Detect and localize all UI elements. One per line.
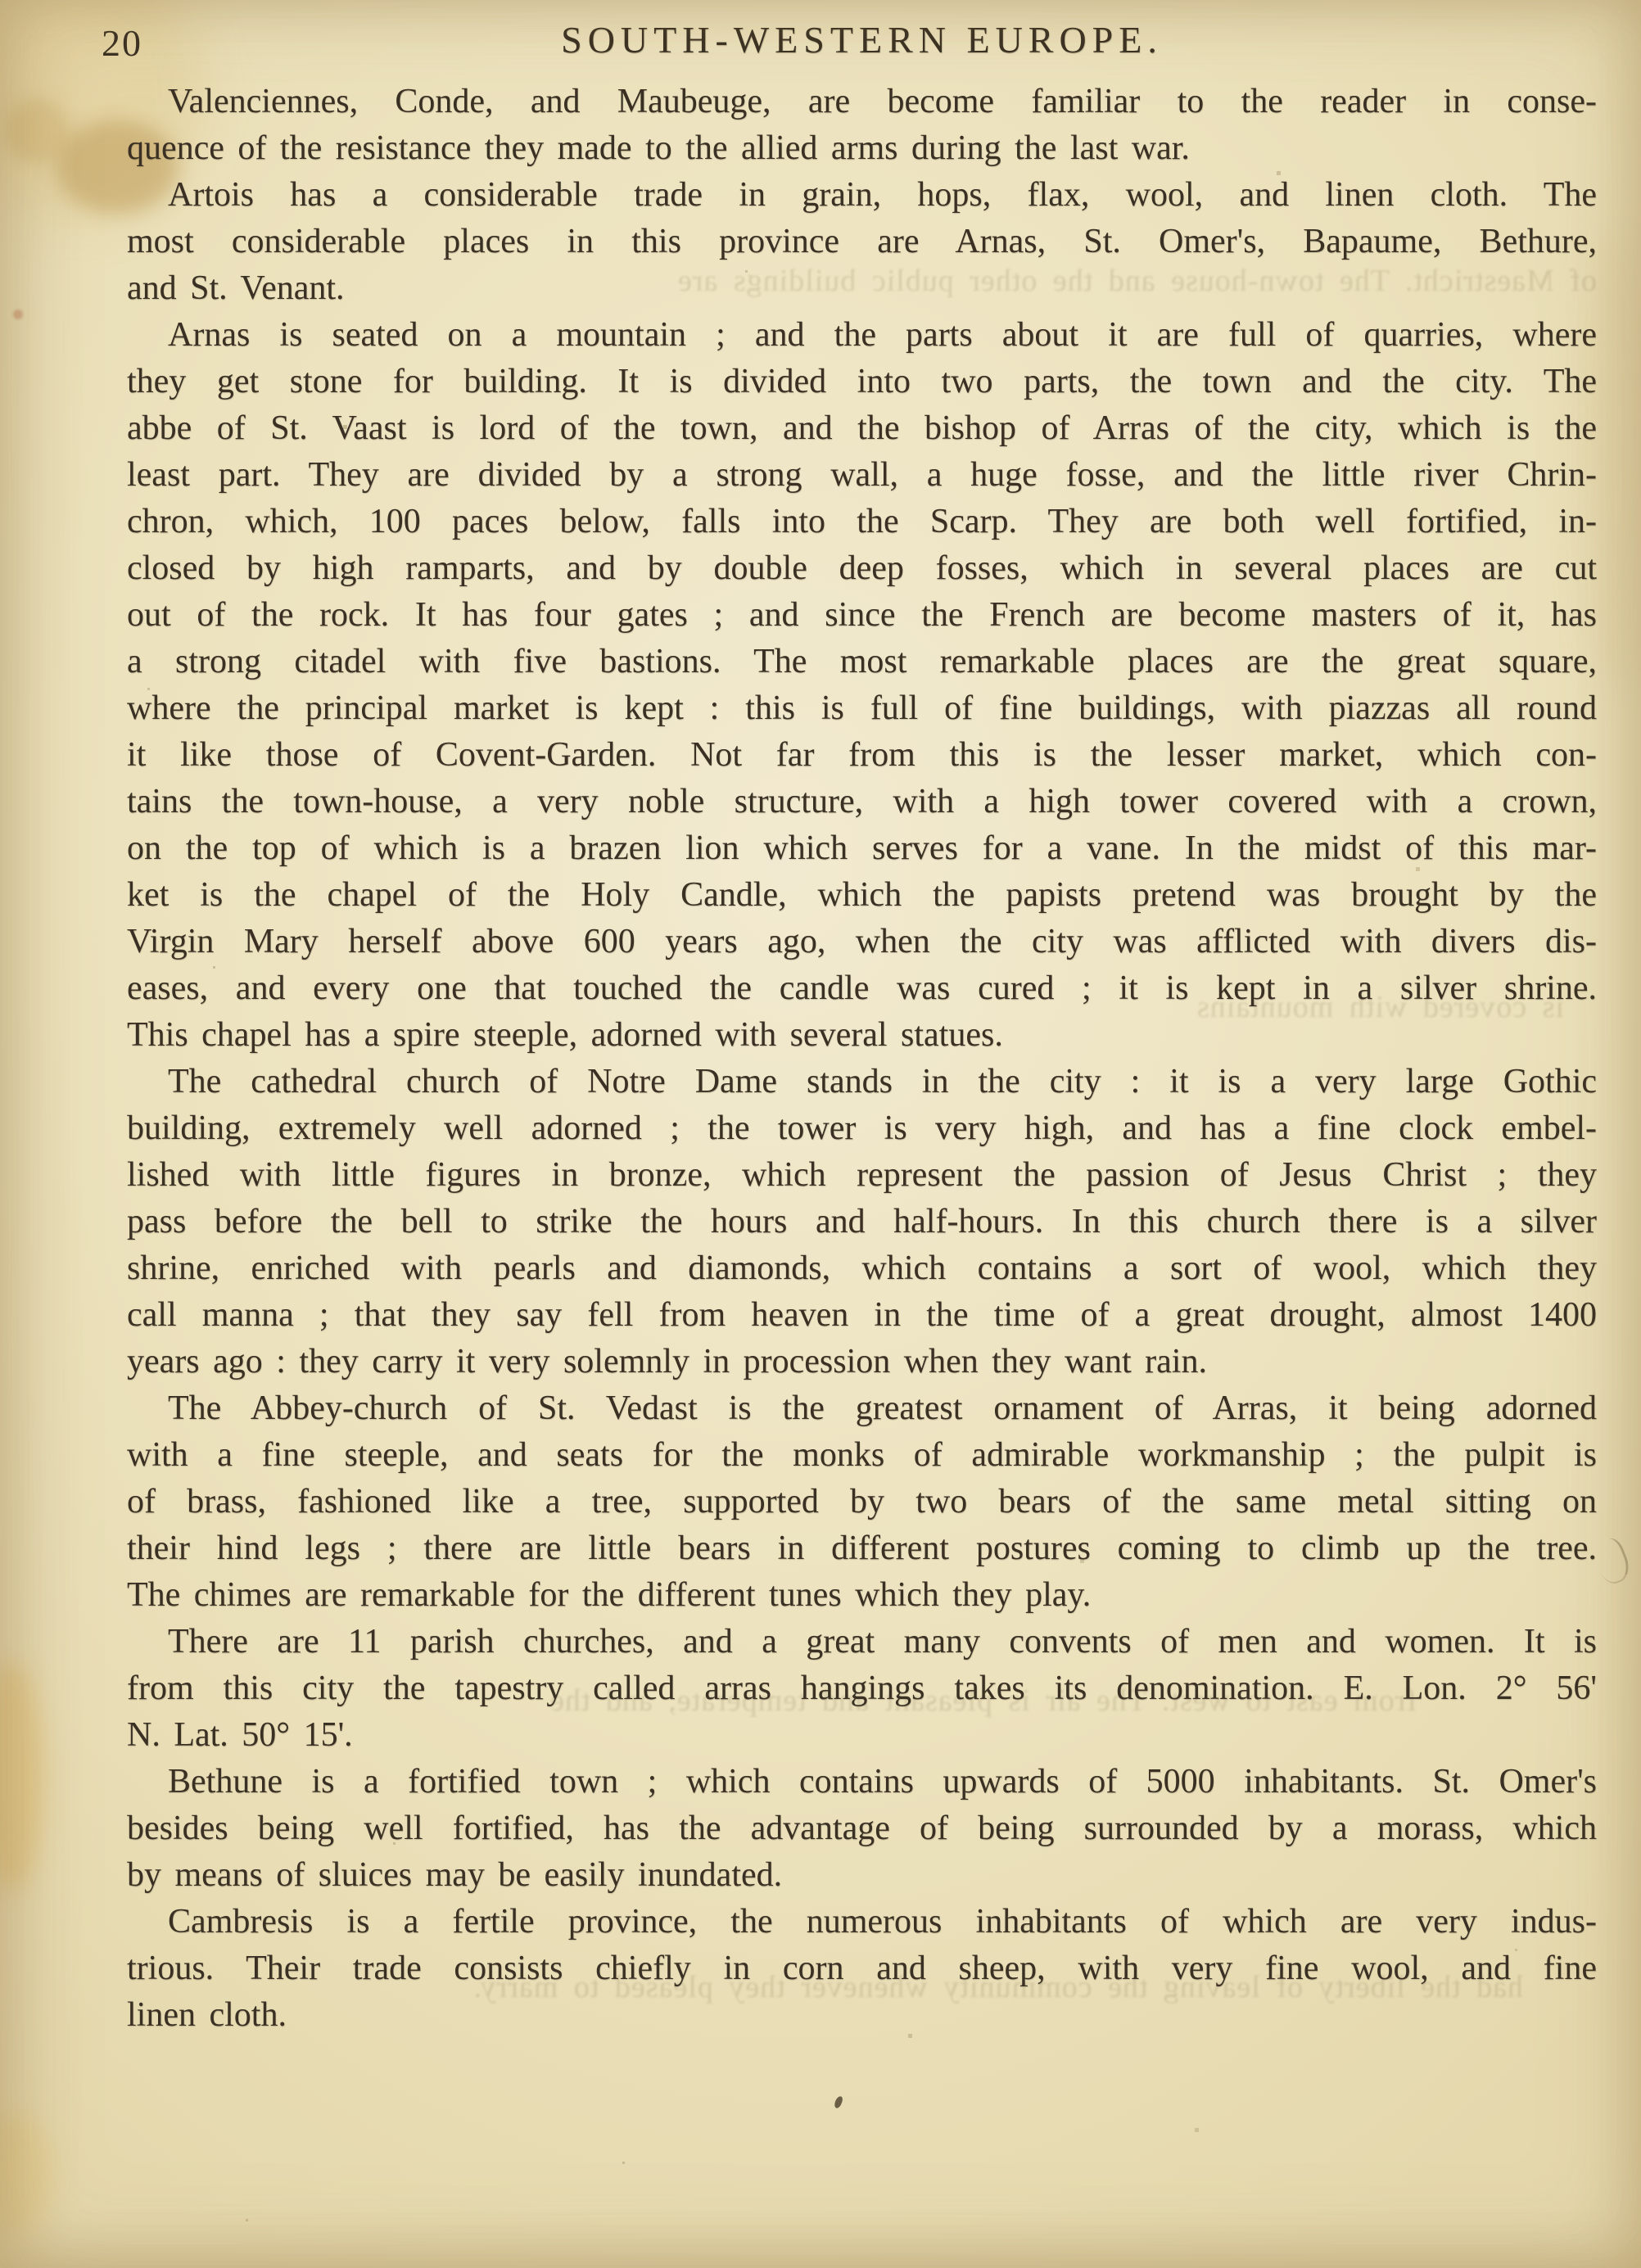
text-line: linen cloth. — [127, 1992, 1597, 2039]
text-line: quence of the resistance they made to th… — [127, 125, 1597, 172]
body-text: Valenciennes, Conde, and Maubeuge, are b… — [127, 79, 1597, 2039]
text-line: besides being well fortified, has the ad… — [127, 1805, 1597, 1852]
text-line: a strong citadel with five bastions. The… — [127, 639, 1597, 685]
text-line: pass before the bell to strike the hours… — [127, 1199, 1597, 1245]
text-line: N. Lat. 50° 15'. — [127, 1712, 1597, 1759]
text-line: ket is the chapel of the Holy Candle, wh… — [127, 872, 1597, 919]
text-line: most considerable places in this provinc… — [127, 219, 1597, 265]
text-line: abbe of St. Vaast is lord of the town, a… — [127, 405, 1597, 452]
text-line: There are 11 parish churches, and a grea… — [127, 1619, 1597, 1665]
text-line: tains the town-house, a very noble struc… — [127, 779, 1597, 825]
text-line: least part. They are divided by a strong… — [127, 452, 1597, 499]
text-line: Arnas is seated on a mountain ; and the … — [127, 312, 1597, 359]
text-line: shrine, enriched with pearls and diamond… — [127, 1245, 1597, 1292]
text-line: Virgin Mary herself above 600 years ago,… — [127, 919, 1597, 965]
text-line: by means of sluices may be easily inunda… — [127, 1852, 1597, 1899]
stain — [0, 2112, 54, 2235]
text-line: chron, which, 100 paces below, falls int… — [127, 499, 1597, 545]
text-line: Valenciennes, Conde, and Maubeuge, are b… — [127, 79, 1597, 125]
text-line: The Abbey-church of St. Vedast is the gr… — [127, 1385, 1597, 1432]
text-line: with a fine steeple, and seats for the m… — [127, 1432, 1597, 1479]
running-header-title: SOUTH-WESTERN EUROPE. — [127, 18, 1597, 61]
text-line: closed by high ramparts, and by double d… — [127, 545, 1597, 592]
text-line: Artois has a considerable trade in grain… — [127, 172, 1597, 219]
text-line: eases, and every one that touched the ca… — [127, 965, 1597, 1012]
text-line: they get stone for building. It is divid… — [127, 359, 1597, 405]
text-line: it like those of Covent-Garden. Not far … — [127, 732, 1597, 779]
book-page-scan: of Maestricht. The town-house and the ot… — [0, 0, 1641, 2268]
text-line: from this city the tapestry called arras… — [127, 1665, 1597, 1712]
stain — [0, 1662, 44, 1891]
text-line: where the principal market is kept : thi… — [127, 685, 1597, 732]
text-line: on the top of which is a brazen lion whi… — [127, 825, 1597, 872]
text-line: and St. Venant. — [127, 265, 1597, 312]
text-line: This chapel has a spire steeple, adorned… — [127, 1012, 1597, 1059]
stain — [5, 98, 70, 164]
paper-fibers — [0, 0, 2, 2]
text-line: lished with little figures in bronze, wh… — [127, 1152, 1597, 1199]
text-line: trious. Their trade consists chiefly in … — [127, 1945, 1597, 1992]
ink-speck — [834, 2095, 843, 2109]
text-line: Cambresis is a fertile province, the num… — [127, 1899, 1597, 1945]
text-line: The cathedral church of Notre Dame stand… — [127, 1059, 1597, 1105]
text-line: Bethune is a fortified town ; which cont… — [127, 1759, 1597, 1805]
text-line: their hind legs ; there are little bears… — [127, 1525, 1597, 1572]
text-line: out of the rock. It has four gates ; and… — [127, 592, 1597, 639]
text-line: building, extremely well adorned ; the t… — [127, 1105, 1597, 1152]
stain — [13, 309, 23, 319]
text-line: call manna ; that they say fell from hea… — [127, 1292, 1597, 1339]
text-line: The chimes are remarkable for the differ… — [127, 1572, 1597, 1619]
text-line: of brass, fashioned like a tree, support… — [127, 1479, 1597, 1525]
text-line: years ago : they carry it very solemnly … — [127, 1339, 1597, 1385]
